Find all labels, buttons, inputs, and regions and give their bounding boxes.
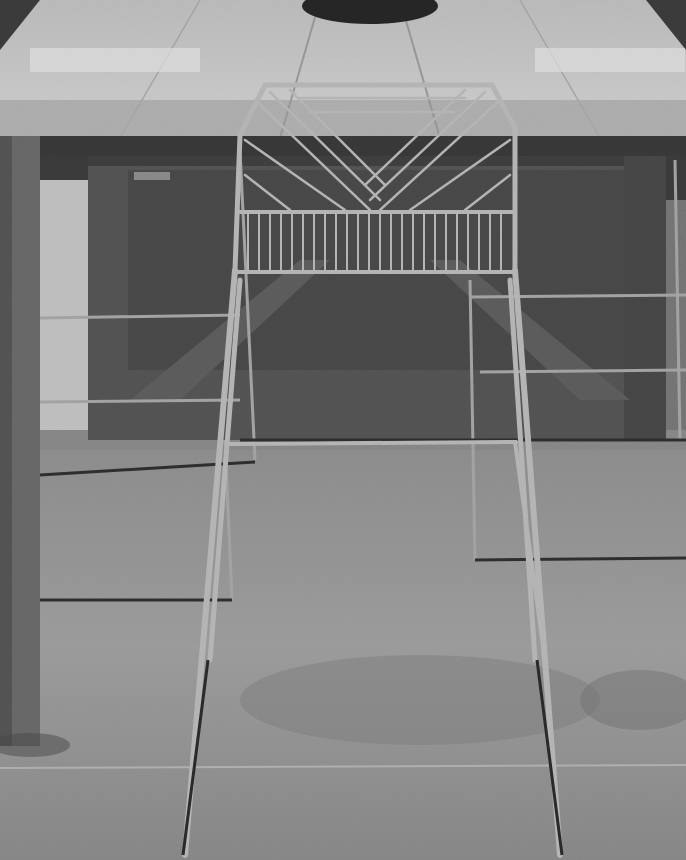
table-edge (0, 100, 686, 138)
concrete-floor (0, 430, 686, 860)
photo-scene (0, 0, 686, 860)
